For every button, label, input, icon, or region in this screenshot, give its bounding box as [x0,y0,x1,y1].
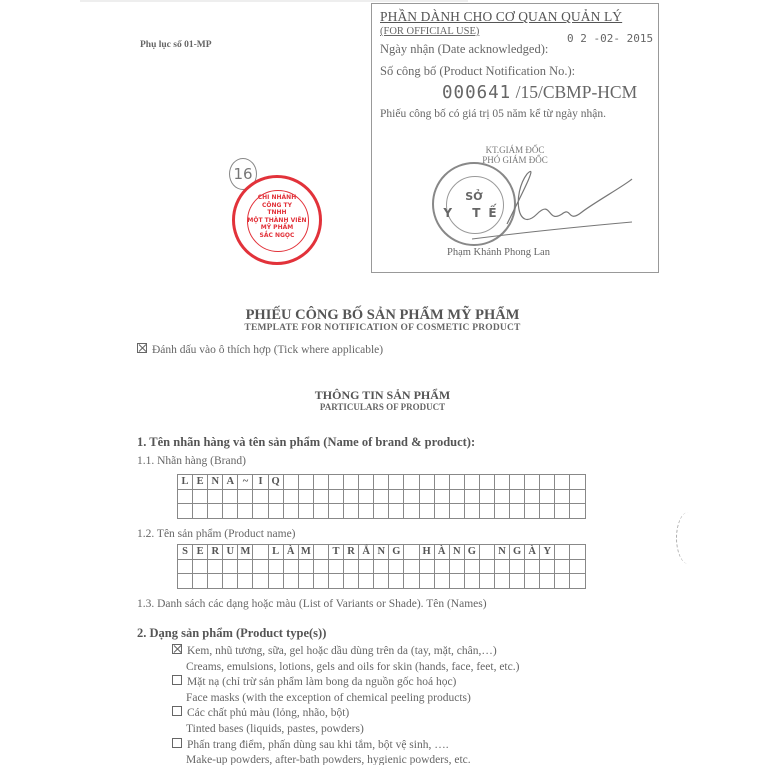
grid-cell[interactable]: E [193,475,208,490]
grid-cell[interactable] [525,489,540,504]
grid-cell[interactable] [555,504,570,519]
grid-cell[interactable] [253,504,268,519]
grid-cell[interactable] [479,559,494,574]
section-1-heading: 1. Tên nhãn hàng và tên sản phẩm (Name o… [137,435,475,450]
grid-cell[interactable] [344,574,359,589]
grid-cell[interactable] [555,559,570,574]
grid-cell[interactable] [404,475,419,490]
grid-cell[interactable] [328,475,343,490]
signatory-name: Phạm Khánh Phong Lan [447,247,550,258]
grid-cell[interactable]: G [510,545,525,560]
grid-cell[interactable] [525,504,540,519]
grid-cell[interactable] [434,574,449,589]
grid-cell[interactable] [555,475,570,490]
grid-cell[interactable] [525,475,540,490]
form-title-vi: PHIẾU CÔNG BỐ SẢN PHẨM MỸ PHẨM [0,307,765,324]
grid-cell[interactable]: Y [540,545,555,560]
product-name-grid[interactable]: SERUMLÀMTRẮNGHÀNGNGÀY [177,544,586,589]
grid-cell[interactable] [404,489,419,504]
grid-cell[interactable] [223,504,238,519]
grid-cell[interactable] [449,574,464,589]
grid-cell[interactable]: T [328,545,343,560]
grid-cell[interactable] [193,559,208,574]
grid-cell[interactable] [238,489,253,504]
grid-cell[interactable] [193,504,208,519]
grid-cell[interactable] [313,559,328,574]
grid-cell[interactable] [328,574,343,589]
official-use-box: PHẦN DÀNH CHO CƠ QUAN QUẢN LÝ (FOR OFFIC… [371,3,659,273]
grid-cell[interactable] [464,489,479,504]
grid-cell[interactable] [283,475,298,490]
grid-cell[interactable]: ~ [238,475,253,490]
grid-cell[interactable] [374,489,389,504]
section-title-vi: THÔNG TIN SẢN PHẨM [0,388,765,403]
grid-cell[interactable] [389,574,404,589]
brand-label: 1.1. Nhãn hàng (Brand) [137,455,246,467]
grid-cell[interactable] [419,504,434,519]
grid-cell[interactable]: R [208,545,223,560]
variants-label: 1.3. Danh sách các dạng hoặc màu (List o… [137,598,487,610]
grid-cell[interactable] [238,574,253,589]
grid-cell[interactable]: À [525,545,540,560]
grid-cell[interactable] [479,489,494,504]
grid-cell[interactable]: N [449,545,464,560]
grid-cell[interactable] [298,574,313,589]
grid-cell[interactable] [540,475,555,490]
grid-cell[interactable] [253,545,268,560]
checked-box-icon [137,343,147,353]
form-title-en: TEMPLATE FOR NOTIFICATION OF COSMETIC PR… [0,323,765,333]
grid-cell[interactable] [283,504,298,519]
grid-cell[interactable] [359,475,374,490]
grid-cell[interactable] [268,504,283,519]
official-heading-vi: PHẦN DÀNH CHO CƠ QUAN QUẢN LÝ [380,9,622,25]
grid-cell[interactable] [298,504,313,519]
grid-cell[interactable] [404,559,419,574]
grid-cell[interactable]: M [298,545,313,560]
grid-cell[interactable] [223,559,238,574]
date-acknowledged-value: 0 2 -02- 2015 [567,32,653,45]
grid-cell[interactable] [328,504,343,519]
grid-cell[interactable] [464,504,479,519]
tick-instruction: Đánh dấu vào ô thích hợp (Tick where app… [137,343,383,356]
grid-cell[interactable] [283,489,298,504]
grid-cell[interactable]: S [178,545,193,560]
grid-cell[interactable] [344,559,359,574]
grid-cell[interactable]: L [178,475,193,490]
grid-cell[interactable]: G [464,545,479,560]
grid-cell[interactable] [389,475,404,490]
grid-cell[interactable] [374,504,389,519]
grid-cell[interactable] [313,545,328,560]
grid-cell[interactable] [570,545,585,560]
grid-cell[interactable] [178,574,193,589]
product-type-option[interactable]: Kem, nhũ tương, sữa, gel hoặc dầu dùng t… [172,644,519,675]
grid-cell[interactable] [479,475,494,490]
section-2-heading: 2. Dạng sản phẩm (Product type(s)) [137,626,326,641]
grid-cell[interactable]: G [389,545,404,560]
grid-cell[interactable] [449,489,464,504]
grid-cell[interactable] [449,559,464,574]
checkbox-icon[interactable] [172,675,182,685]
grid-cell[interactable]: A [223,475,238,490]
grid-cell[interactable] [404,504,419,519]
grid-cell[interactable] [494,504,509,519]
grid-cell[interactable] [283,559,298,574]
grid-cell[interactable] [208,559,223,574]
grid-cell[interactable] [419,559,434,574]
checked-box-icon[interactable] [172,644,182,654]
validity-note: Phiếu công bố có giá trị 05 năm kể từ ng… [380,108,606,120]
date-acknowledged-label: Ngày nhận (Date acknowledged): [380,42,548,57]
grid-cell[interactable] [328,559,343,574]
grid-cell[interactable] [479,574,494,589]
official-heading-en: (FOR OFFICIAL USE) [380,26,479,37]
grid-cell[interactable] [268,559,283,574]
grid-cell[interactable] [464,574,479,589]
grid-cell[interactable] [359,504,374,519]
grid-cell[interactable] [208,489,223,504]
grid-cell[interactable] [374,475,389,490]
grid-cell[interactable]: N [374,545,389,560]
grid-cell[interactable] [494,559,509,574]
grid-cell[interactable] [570,559,585,574]
grid-cell[interactable] [540,504,555,519]
grid-cell[interactable] [359,559,374,574]
checkbox-icon[interactable] [172,706,182,716]
grid-cell[interactable] [510,475,525,490]
grid-cell[interactable] [434,559,449,574]
grid-cell[interactable] [555,545,570,560]
grid-cell[interactable] [525,574,540,589]
grid-cell[interactable] [510,489,525,504]
product-type-option[interactable]: Các chất phủ màu (lỏng, nhão, bột) Tinte… [172,706,519,737]
grid-cell[interactable]: N [208,475,223,490]
grid-cell[interactable] [268,574,283,589]
grid-cell[interactable] [540,559,555,574]
grid-cell[interactable] [540,574,555,589]
grid-cell[interactable]: M [238,545,253,560]
grid-cell[interactable] [555,574,570,589]
grid-cell[interactable] [344,475,359,490]
grid-cell[interactable] [419,574,434,589]
grid-cell[interactable] [570,475,585,490]
grid-cell[interactable] [389,489,404,504]
grid-cell[interactable] [344,489,359,504]
brand-name-grid[interactable]: LENA~IQ [177,474,586,519]
notification-no-label: Số công bố (Product Notification No.): [380,64,575,79]
grid-cell[interactable] [283,574,298,589]
product-name-label: 1.2. Tên sản phẩm (Product name) [137,528,296,540]
grid-cell[interactable] [193,489,208,504]
grid-cell[interactable]: I [253,475,268,490]
grid-cell[interactable] [208,504,223,519]
grid-cell[interactable] [510,504,525,519]
product-type-option[interactable]: Mặt nạ (chỉ trừ sản phẩm làm bong da ngu… [172,675,519,706]
grid-cell[interactable] [404,545,419,560]
grid-cell[interactable] [253,489,268,504]
grid-cell[interactable] [510,574,525,589]
grid-cell[interactable] [178,489,193,504]
grid-cell[interactable] [374,559,389,574]
grid-cell[interactable] [449,504,464,519]
grid-cell[interactable] [268,489,283,504]
grid-cell[interactable] [328,489,343,504]
grid-cell[interactable]: L [268,545,283,560]
grid-cell[interactable] [238,559,253,574]
company-stamp: CHI NHÁNH CÔNG TY TNHH MỘT THÀNH VIÊN MỸ… [232,175,322,265]
grid-cell[interactable] [494,574,509,589]
grid-cell[interactable] [570,574,585,589]
grid-cell[interactable] [178,559,193,574]
grid-cell[interactable] [449,475,464,490]
grid-cell[interactable]: Q [268,475,283,490]
grid-cell[interactable] [404,574,419,589]
grid-cell[interactable]: À [283,545,298,560]
grid-cell[interactable]: H [419,545,434,560]
product-type-list: Kem, nhũ tương, sữa, gel hoặc dầu dùng t… [172,644,519,765]
grid-cell[interactable] [359,574,374,589]
grid-cell[interactable] [434,475,449,490]
grid-cell[interactable]: À [434,545,449,560]
grid-cell[interactable] [298,559,313,574]
grid-cell[interactable] [494,489,509,504]
grid-cell[interactable] [540,489,555,504]
grid-cell[interactable] [494,475,509,490]
grid-cell[interactable] [359,489,374,504]
grid-cell[interactable]: R [344,545,359,560]
grid-cell[interactable] [434,489,449,504]
grid-cell[interactable] [313,489,328,504]
grid-cell[interactable] [208,574,223,589]
partial-seal-mark [676,512,701,564]
annex-label: Phụ lục số 01-MP [140,40,212,50]
section-title-en: PARTICULARS OF PRODUCT [0,402,765,412]
grid-cell[interactable] [313,574,328,589]
grid-cell[interactable] [570,489,585,504]
grid-cell[interactable] [223,574,238,589]
grid-cell[interactable] [238,504,253,519]
grid-cell[interactable] [464,475,479,490]
grid-cell[interactable] [570,504,585,519]
grid-cell[interactable] [389,559,404,574]
notification-no-value: 000641 /15/CBMP-HCM [442,82,637,103]
grid-cell[interactable] [479,545,494,560]
grid-cell[interactable] [313,475,328,490]
grid-cell[interactable]: U [223,545,238,560]
grid-cell[interactable] [434,504,449,519]
grid-cell[interactable] [510,559,525,574]
grid-cell[interactable] [389,504,404,519]
grid-cell[interactable] [344,504,359,519]
checkbox-icon[interactable] [172,738,182,748]
grid-cell[interactable] [479,504,494,519]
grid-cell[interactable] [525,559,540,574]
grid-cell[interactable] [419,475,434,490]
product-type-option[interactable]: Phấn trang điểm, phấn dùng sau khi tắm, … [172,738,519,765]
grid-cell[interactable] [313,504,328,519]
grid-cell[interactable] [178,504,193,519]
grid-cell[interactable] [193,574,208,589]
grid-cell[interactable] [464,559,479,574]
grid-cell[interactable]: Ắ [359,545,374,560]
grid-cell[interactable] [253,559,268,574]
grid-cell[interactable] [223,489,238,504]
grid-cell[interactable] [298,489,313,504]
grid-cell[interactable] [298,475,313,490]
grid-cell[interactable] [253,574,268,589]
grid-cell[interactable] [419,489,434,504]
signature-mark [467,154,637,244]
grid-cell[interactable] [555,489,570,504]
grid-cell[interactable] [374,574,389,589]
scan-edge-band [80,0,468,2]
grid-cell[interactable]: N [494,545,509,560]
grid-cell[interactable]: E [193,545,208,560]
